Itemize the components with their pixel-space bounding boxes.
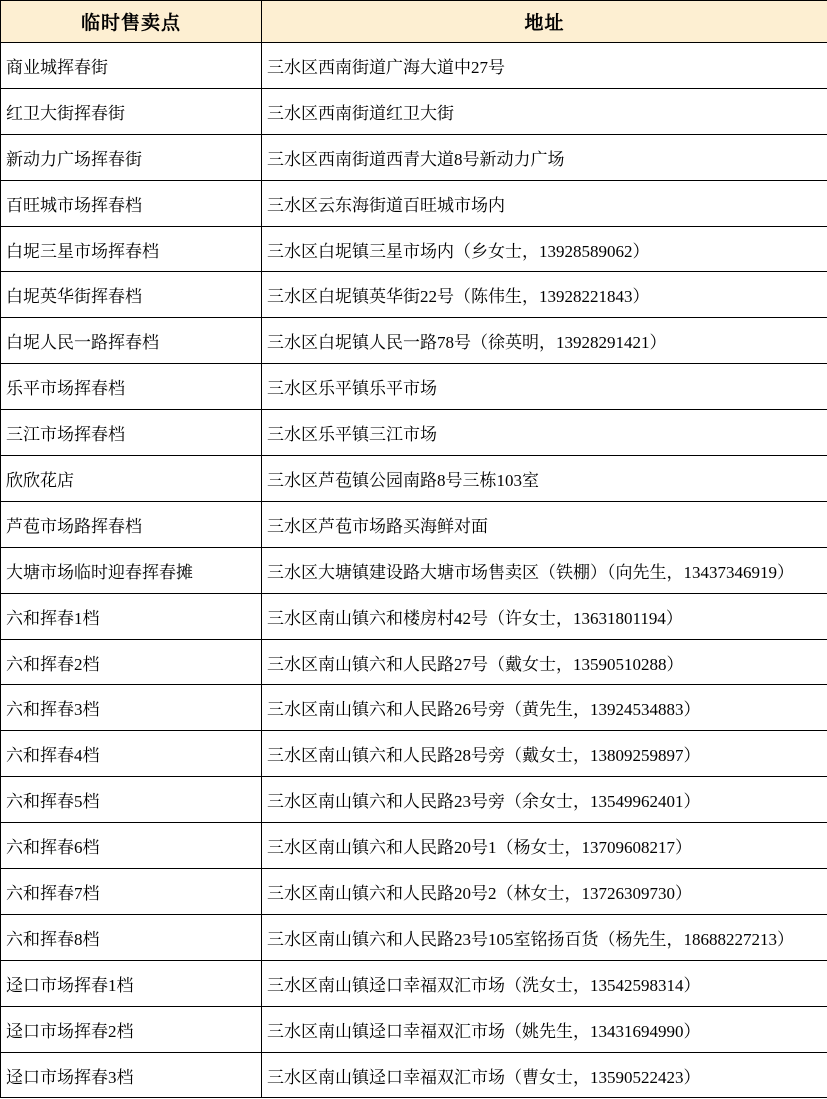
address-cell: 三水区乐平镇三江市场 — [262, 410, 827, 456]
point-cell: 百旺城市场挥春档 — [1, 180, 262, 226]
address-cell: 三水区芦苞市场路买海鲜对面 — [262, 501, 827, 547]
address-cell: 三水区南山镇六和人民路23号105室铭扬百货（杨先生，18688227213） — [262, 914, 827, 960]
point-cell: 六和挥春8档 — [1, 914, 262, 960]
point-cell: 三江市场挥春档 — [1, 410, 262, 456]
address-cell: 三水区南山镇六和人民路20号2（林女士，13726309730） — [262, 869, 827, 915]
point-cell: 乐平市场挥春档 — [1, 364, 262, 410]
table-row: 乐平市场挥春档三水区乐平镇乐平市场 — [1, 364, 827, 410]
table-body: 商业城挥春街三水区西南街道广海大道中27号红卫大街挥春街三水区西南街道红卫大街新… — [1, 43, 827, 1098]
table-row: 六和挥春6档三水区南山镇六和人民路20号1（杨女士，13709608217） — [1, 823, 827, 869]
address-cell: 三水区云东海街道百旺城市场内 — [262, 180, 827, 226]
table-row: 迳口市场挥春3档三水区南山镇迳口幸福双汇市场（曹女士，13590522423） — [1, 1052, 827, 1098]
point-cell: 商业城挥春街 — [1, 43, 262, 89]
table-row: 欣欣花店三水区芦苞镇公园南路8号三栋103室 — [1, 456, 827, 502]
point-cell: 红卫大街挥春街 — [1, 88, 262, 134]
table-row: 六和挥春1档三水区南山镇六和楼房村42号（许女士，13631801194） — [1, 593, 827, 639]
address-cell: 三水区西南街道红卫大街 — [262, 88, 827, 134]
table-row: 六和挥春7档三水区南山镇六和人民路20号2（林女士，13726309730） — [1, 869, 827, 915]
table-row: 大塘市场临时迎春挥春摊三水区大塘镇建设路大塘市场售卖区（铁棚）（向先生，1343… — [1, 547, 827, 593]
table-row: 迳口市场挥春2档三水区南山镇迳口幸福双汇市场（姚先生，13431694990） — [1, 1006, 827, 1052]
table-row: 芦苞市场路挥春档三水区芦苞市场路买海鲜对面 — [1, 501, 827, 547]
table-row: 迳口市场挥春1档三水区南山镇迳口幸福双汇市场（洗女士，13542598314） — [1, 960, 827, 1006]
address-cell: 三水区大塘镇建设路大塘市场售卖区（铁棚）（向先生，13437346919） — [262, 547, 827, 593]
address-cell: 三水区南山镇六和人民路26号旁（黄先生，13924534883） — [262, 685, 827, 731]
point-cell: 六和挥春5档 — [1, 777, 262, 823]
table-row: 六和挥春8档三水区南山镇六和人民路23号105室铭扬百货（杨先生，1868822… — [1, 914, 827, 960]
address-cell: 三水区乐平镇乐平市场 — [262, 364, 827, 410]
point-cell: 六和挥春1档 — [1, 593, 262, 639]
address-cell: 三水区南山镇六和人民路23号旁（余女士，13549962401） — [262, 777, 827, 823]
table-row: 红卫大街挥春街三水区西南街道红卫大街 — [1, 88, 827, 134]
address-cell: 三水区白坭镇人民一路78号（徐英明，13928291421） — [262, 318, 827, 364]
address-cell: 三水区南山镇迳口幸福双汇市场（姚先生，13431694990） — [262, 1006, 827, 1052]
point-cell: 六和挥春3档 — [1, 685, 262, 731]
point-cell: 迳口市场挥春3档 — [1, 1052, 262, 1098]
table-row: 六和挥春3档三水区南山镇六和人民路26号旁（黄先生，13924534883） — [1, 685, 827, 731]
address-cell: 三水区白坭镇英华街22号（陈伟生，13928221843） — [262, 272, 827, 318]
point-cell: 迳口市场挥春1档 — [1, 960, 262, 1006]
table-row: 六和挥春5档三水区南山镇六和人民路23号旁（余女士，13549962401） — [1, 777, 827, 823]
point-cell: 新动力广场挥春街 — [1, 134, 262, 180]
address-cell: 三水区芦苞镇公园南路8号三栋103室 — [262, 456, 827, 502]
point-cell: 六和挥春6档 — [1, 823, 262, 869]
address-cell: 三水区南山镇六和人民路27号（戴女士，13590510288） — [262, 639, 827, 685]
column-header-point: 临时售卖点 — [1, 1, 262, 43]
point-cell: 六和挥春4档 — [1, 731, 262, 777]
table-header-row: 临时售卖点 地址 — [1, 1, 827, 43]
point-cell: 芦苞市场路挥春档 — [1, 501, 262, 547]
address-cell: 三水区南山镇迳口幸福双汇市场（洗女士，13542598314） — [262, 960, 827, 1006]
address-cell: 三水区白坭镇三星市场内（乡女士，13928589062） — [262, 226, 827, 272]
address-cell: 三水区南山镇六和楼房村42号（许女士，13631801194） — [262, 593, 827, 639]
point-cell: 六和挥春2档 — [1, 639, 262, 685]
address-cell: 三水区南山镇六和人民路20号1（杨女士，13709608217） — [262, 823, 827, 869]
point-cell: 白坭人民一路挥春档 — [1, 318, 262, 364]
address-cell: 三水区西南街道广海大道中27号 — [262, 43, 827, 89]
point-cell: 白坭英华街挥春档 — [1, 272, 262, 318]
address-cell: 三水区西南街道西青大道8号新动力广场 — [262, 134, 827, 180]
table-row: 百旺城市场挥春档三水区云东海街道百旺城市场内 — [1, 180, 827, 226]
table-row: 三江市场挥春档三水区乐平镇三江市场 — [1, 410, 827, 456]
table-row: 白坭人民一路挥春档三水区白坭镇人民一路78号（徐英明，13928291421） — [1, 318, 827, 364]
point-cell: 白坭三星市场挥春档 — [1, 226, 262, 272]
temporary-sales-points-table: 临时售卖点 地址 商业城挥春街三水区西南街道广海大道中27号红卫大街挥春街三水区… — [0, 0, 827, 1098]
table-row: 新动力广场挥春街三水区西南街道西青大道8号新动力广场 — [1, 134, 827, 180]
table-row: 商业城挥春街三水区西南街道广海大道中27号 — [1, 43, 827, 89]
table-row: 六和挥春2档三水区南山镇六和人民路27号（戴女士，13590510288） — [1, 639, 827, 685]
table-row: 白坭英华街挥春档三水区白坭镇英华街22号（陈伟生，13928221843） — [1, 272, 827, 318]
table-row: 白坭三星市场挥春档三水区白坭镇三星市场内（乡女士，13928589062） — [1, 226, 827, 272]
table-row: 六和挥春4档三水区南山镇六和人民路28号旁（戴女士，13809259897） — [1, 731, 827, 777]
point-cell: 大塘市场临时迎春挥春摊 — [1, 547, 262, 593]
point-cell: 欣欣花店 — [1, 456, 262, 502]
point-cell: 六和挥春7档 — [1, 869, 262, 915]
address-cell: 三水区南山镇六和人民路28号旁（戴女士，13809259897） — [262, 731, 827, 777]
point-cell: 迳口市场挥春2档 — [1, 1006, 262, 1052]
address-cell: 三水区南山镇迳口幸福双汇市场（曹女士，13590522423） — [262, 1052, 827, 1098]
column-header-address: 地址 — [262, 1, 827, 43]
